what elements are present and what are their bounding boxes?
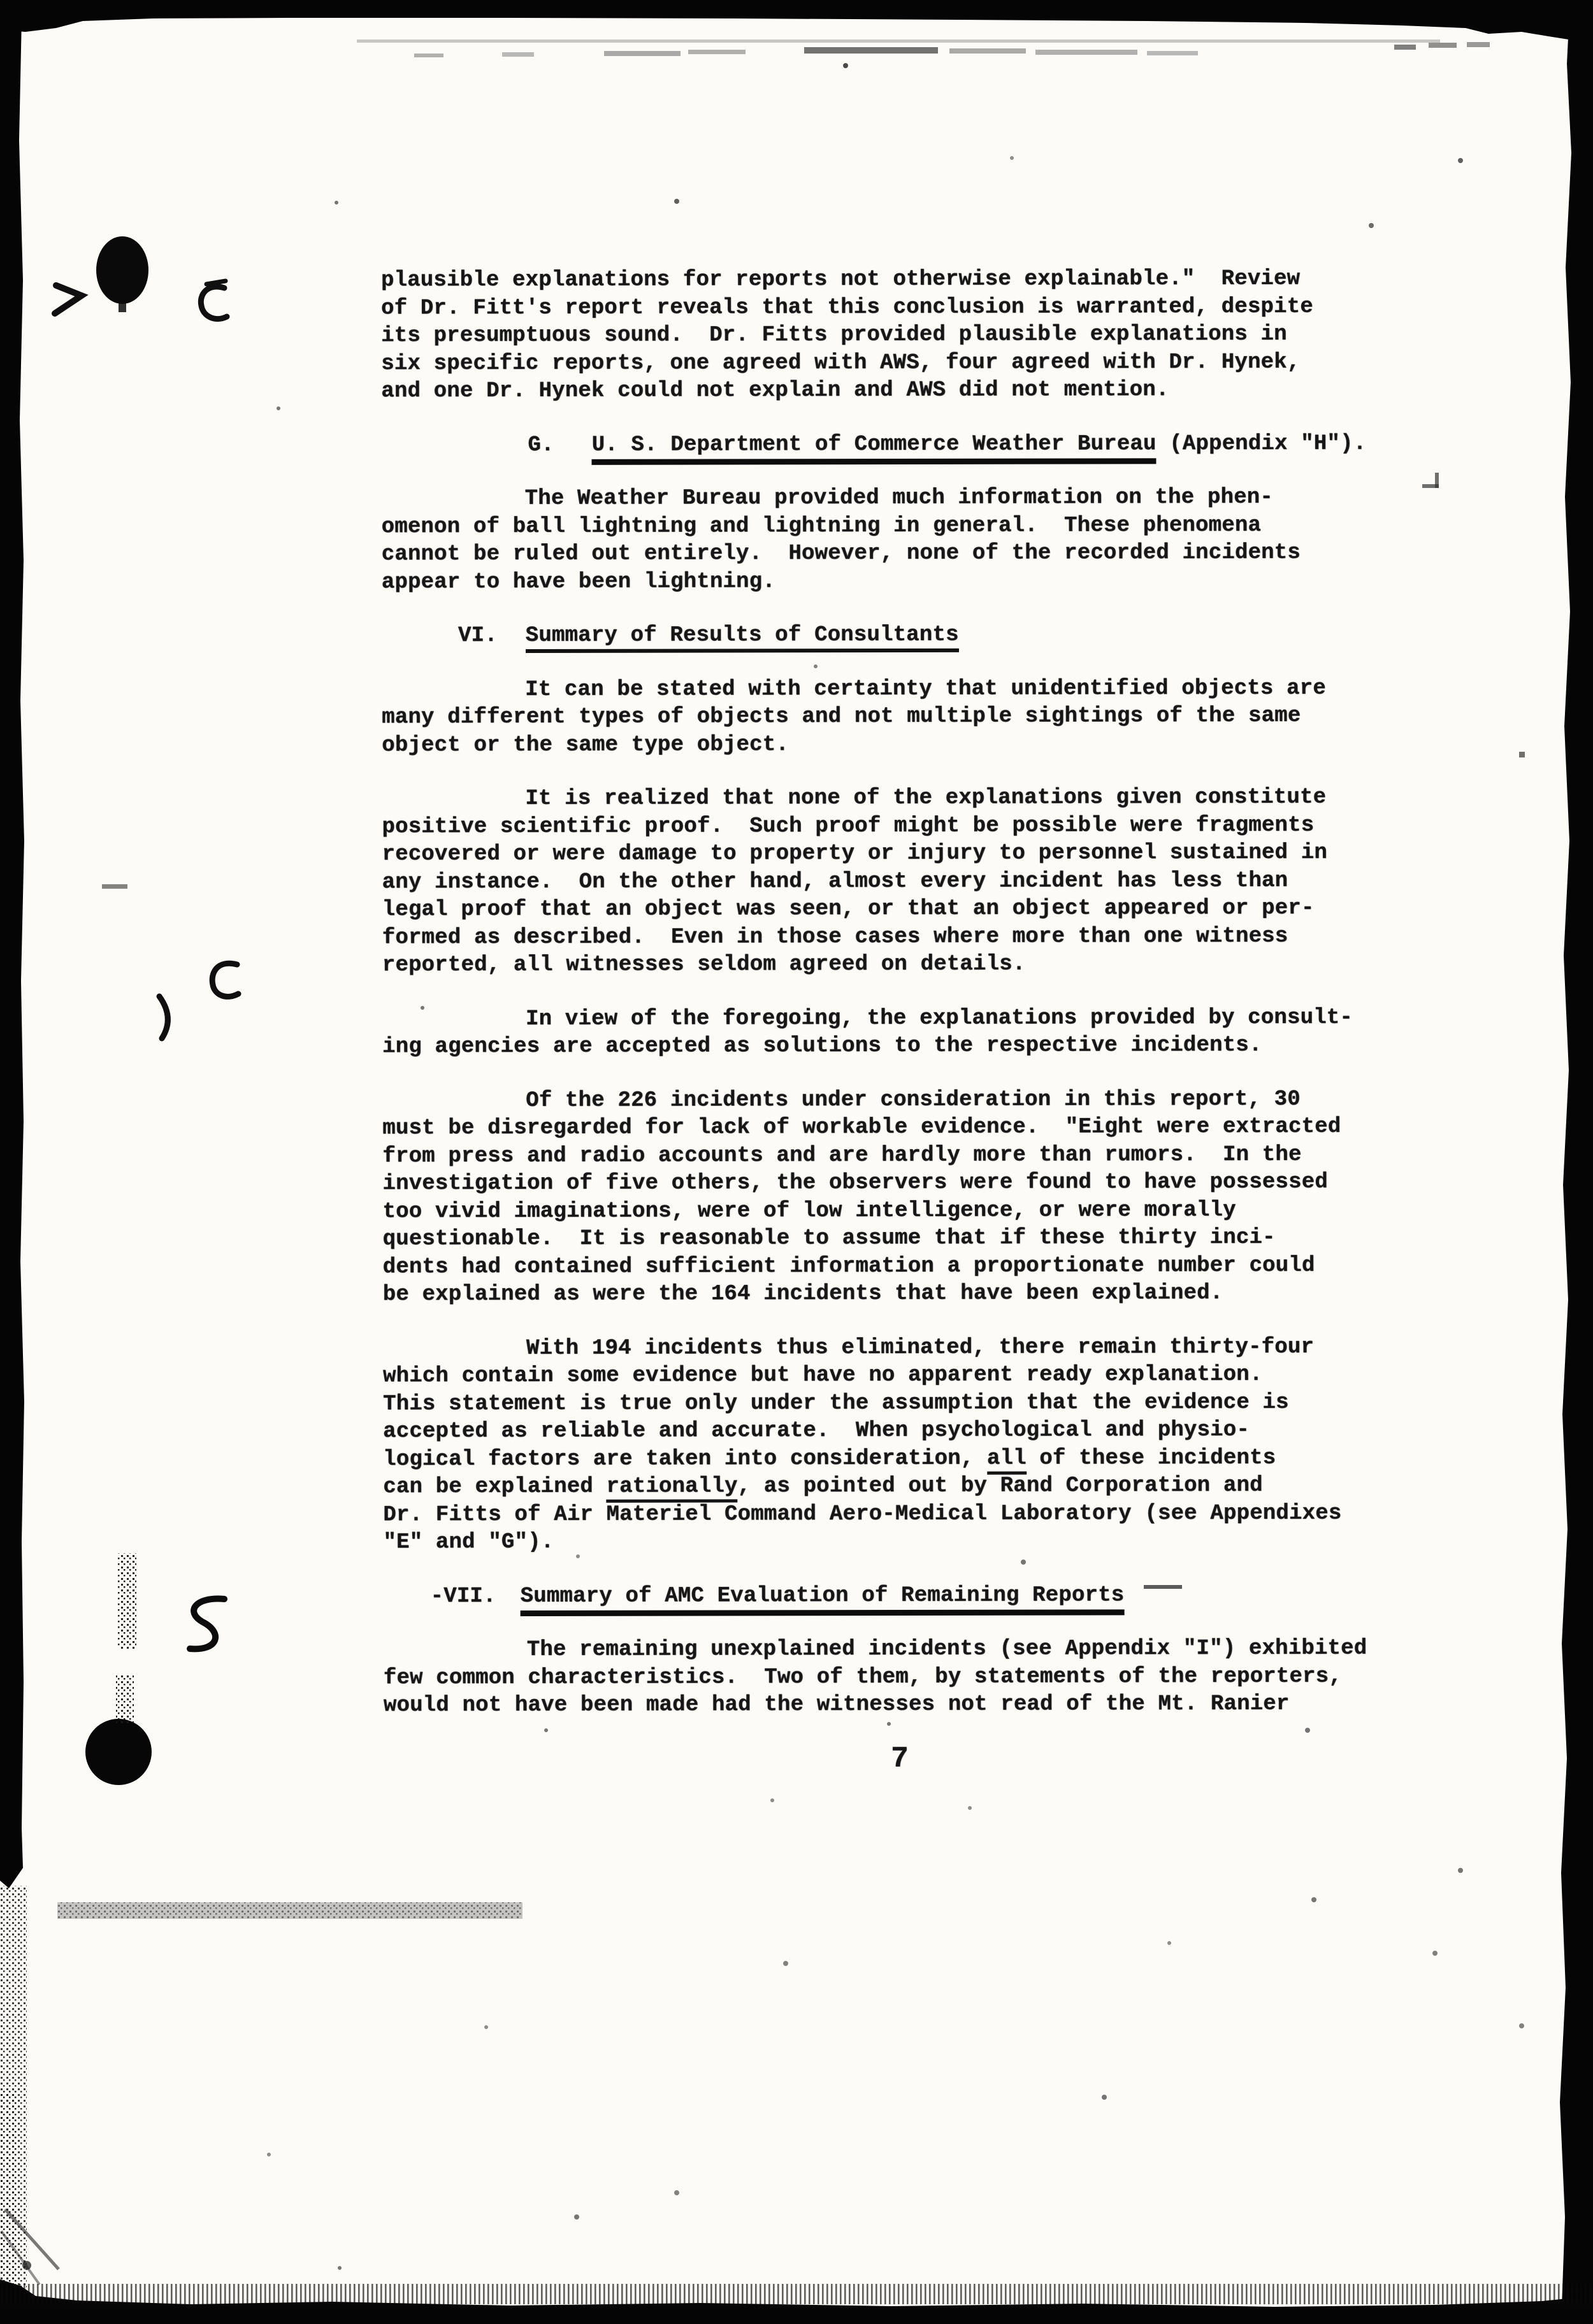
- underlined-word-all: all: [987, 1446, 1027, 1474]
- scan-border-right: [1560, 25, 1593, 2324]
- heading-section-vii: -VII.Summary of AMC Evaluation of Remain…: [384, 1581, 1416, 1610]
- heading-section-g: G.U. S. Department of Commerce Weather B…: [381, 430, 1413, 459]
- ink-blob-top-left: [96, 236, 148, 312]
- page-number: 7: [384, 1744, 1416, 1774]
- paragraph-226-incidents: Of the 226 incidents under consideration…: [382, 1086, 1415, 1309]
- scan-smudge-band: [57, 1902, 523, 1919]
- handwritten-chevron-mark: [55, 285, 82, 313]
- handwritten-bracket-mark-upper: [201, 281, 227, 319]
- ink-blob-bottom-left: [85, 1719, 152, 1785]
- scan-border-top: [0, 0, 1593, 43]
- paragraph-foregoing: In view of the foregoing, the explanatio…: [382, 1004, 1415, 1061]
- document-body: plausible explanations for reports not o…: [381, 266, 1416, 1774]
- scan-border-left: [0, 18, 27, 2300]
- heading-vi-number: VI.: [458, 622, 498, 650]
- heading-vi-title: Summary of Results of Consultants: [526, 623, 959, 653]
- heading-vii-number: -VII.: [431, 1583, 496, 1611]
- scan-streaks-top: [414, 42, 1490, 57]
- heading-section-vi: VI.Summary of Results of Consultants: [382, 621, 1414, 650]
- heading-g-suffix: (Appendix "H").: [1157, 431, 1367, 456]
- handwritten-squiggle-mark: [116, 1553, 224, 1724]
- paragraph-remaining-incidents: The remaining unexplained incidents (see…: [384, 1635, 1416, 1720]
- paragraph-continuation: plausible explanations for reports not o…: [381, 266, 1413, 406]
- heading-g-title: U. S. Department of Commerce Weather Bur…: [592, 432, 1157, 465]
- paragraph-scientific-proof: It is realized that none of the explanat…: [382, 784, 1415, 980]
- handwritten-paren-mark: [159, 996, 168, 1038]
- paragraph-weather-bureau: The Weather Bureau provided much informa…: [382, 484, 1414, 597]
- scanned-document-page: plausible explanations for reports not o…: [0, 0, 1593, 2324]
- scan-border-bottom: [0, 2209, 1593, 2324]
- underlined-word-rationally: rationally: [607, 1474, 738, 1502]
- paragraph-194-incidents: With 194 incidents thus eliminated, ther…: [383, 1333, 1416, 1557]
- paragraph-certainty: It can be stated with certainty that uni…: [382, 675, 1414, 759]
- heading-vii-title: Summary of AMC Evaluation of Remaining R…: [521, 1583, 1125, 1616]
- handwritten-bracket-mark-middle: [212, 963, 238, 996]
- heading-g-number: G.: [528, 431, 554, 459]
